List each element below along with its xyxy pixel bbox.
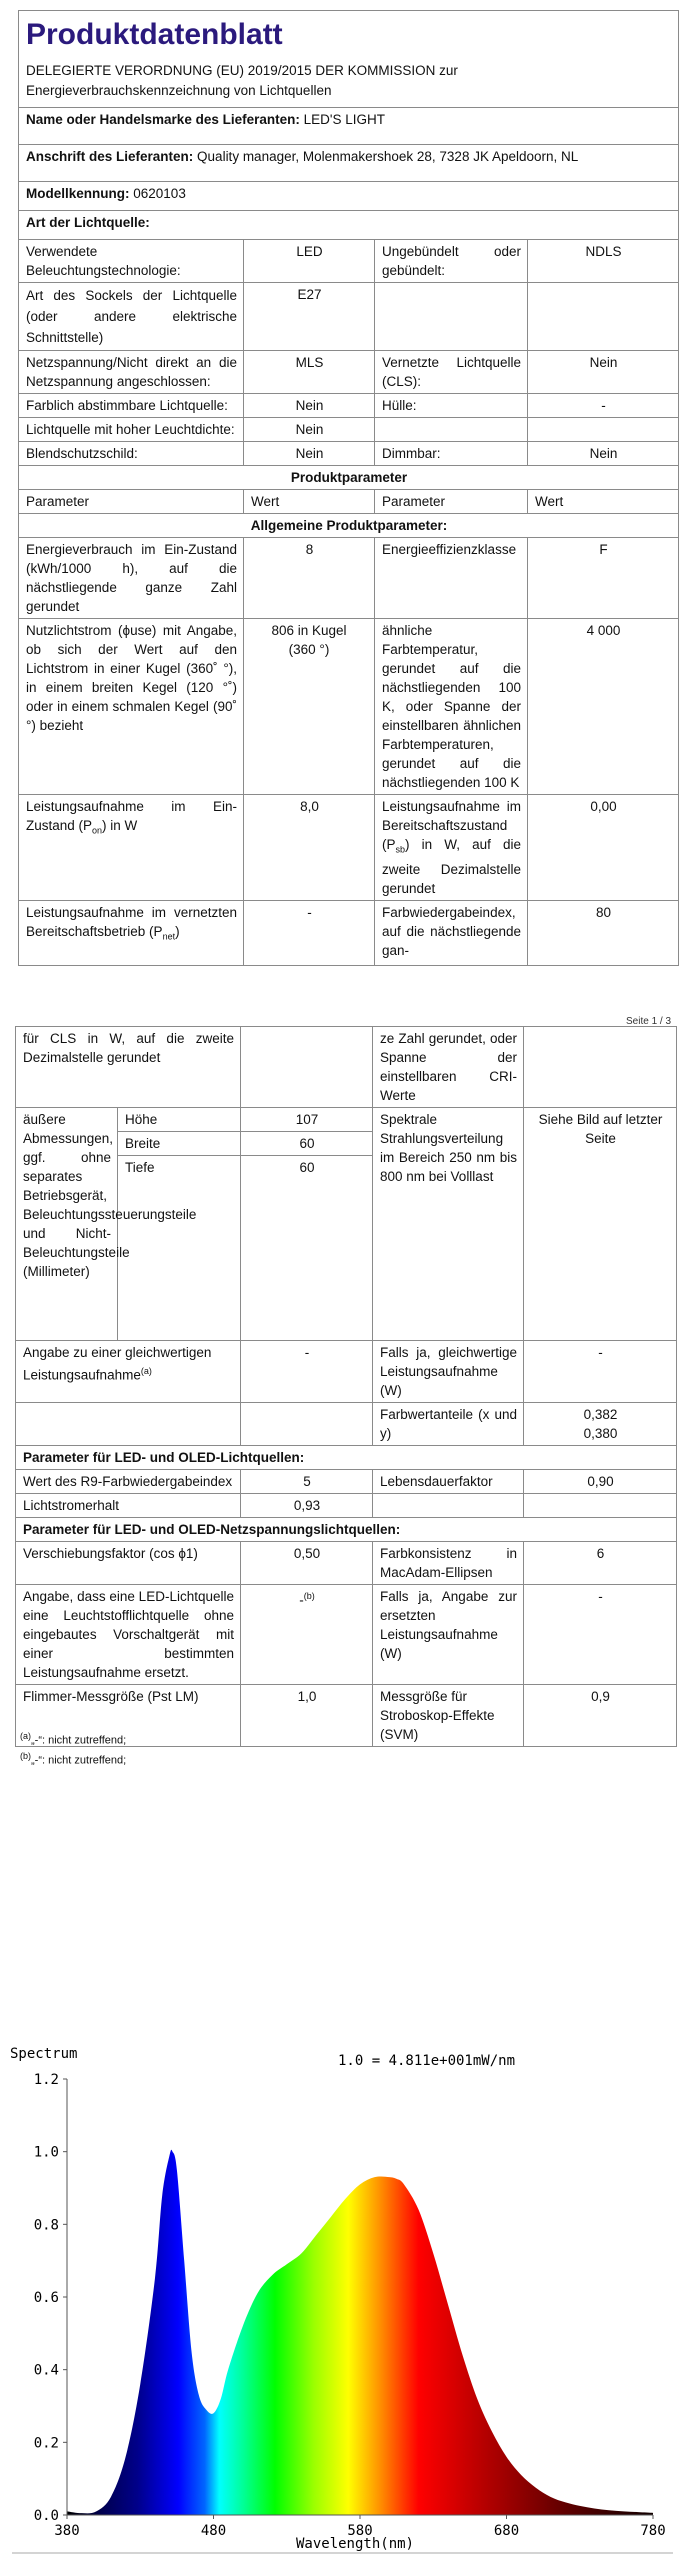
param-label: Messgröße für Stroboskop-Effekte (SVM)	[373, 1685, 524, 1747]
param-value	[524, 1494, 677, 1518]
param-value: 8,0	[244, 795, 375, 901]
light-type-row: Verwendete Beleuchtungstechnologie: LED …	[19, 240, 679, 283]
dimension-value-depth: 60	[241, 1156, 373, 1341]
footnote-ref: (b)	[304, 1591, 315, 1601]
y-tick-label: 0.0	[34, 2508, 59, 2524]
param-label: Leistungsaufnahme im Bereitschaftszustan…	[375, 795, 528, 901]
footnote-text: „-“: nicht zutreffend;	[31, 1755, 126, 1767]
param-value: 0,90	[524, 1470, 677, 1494]
param-label: Farblich abstimmbare Lichtquelle:	[19, 394, 244, 418]
param-value: -	[241, 1341, 373, 1403]
param-label: Blendschutzschild:	[19, 442, 244, 466]
param-label: Energieverbrauch im Ein-Zustand (kWh/100…	[19, 538, 244, 619]
mains-param-row: Angabe, dass eine LED-Lichtquelle eine L…	[16, 1585, 677, 1685]
param-label: Wert des R9-Farbwiedergabeindex	[16, 1470, 241, 1494]
param-label: Leistungsaufnahme im Ein-Zustand (Pon) i…	[19, 795, 244, 901]
product-params-heading: Produktparameter	[19, 466, 679, 490]
page-title: Produktdatenblatt	[26, 15, 671, 55]
param-label: Lichtstromerhalt	[16, 1494, 241, 1518]
param-label-text: Angabe zu einer gleichwertigen Leistungs…	[23, 1345, 211, 1383]
param-value: 0,00	[528, 795, 679, 901]
dimension-value-height: 107	[241, 1108, 373, 1132]
param-value: -(b)	[241, 1585, 373, 1685]
param-label	[375, 418, 528, 442]
supplier-name-label: Name oder Handelsmarke des Lieferanten:	[26, 112, 300, 127]
param-label	[375, 283, 528, 351]
header-cell: Produktdatenblatt DELEGIERTE VERORDNUNG …	[19, 11, 679, 108]
param-value: E27	[244, 283, 375, 351]
param-value: Siehe Bild auf letzter Seite	[524, 1108, 677, 1341]
param-value: Nein	[528, 442, 679, 466]
x-tick-label: 780	[640, 2523, 665, 2539]
model-value: 0620103	[133, 186, 186, 201]
supplier-address-label: Anschrift des Lieferanten:	[26, 149, 193, 164]
param-label-text: ) in W	[102, 818, 137, 833]
general-param-row: Leistungsaufnahme im Ein-Zustand (Pon) i…	[19, 795, 679, 901]
param-value: 806 in Kugel (360 °)	[244, 619, 375, 795]
param-value: 0,9	[524, 1685, 677, 1747]
param-value: Nein	[244, 394, 375, 418]
spectrum-area	[67, 2150, 653, 2515]
general-param-row: Leistungsaufnahme im vernetzten Bereitsc…	[19, 900, 679, 965]
continued-row: für CLS in W, auf die zweite Dezimalstel…	[16, 1027, 677, 1108]
light-type-row: Lichtquelle mit hoher Leuchtdichte: Nein	[19, 418, 679, 442]
regulation-line-2: Energieverbrauchskennzeichnung von Licht…	[26, 81, 671, 101]
light-type-row: Farblich abstimmbare Lichtquelle: Nein H…	[19, 394, 679, 418]
chromaticity-y: 0,380	[531, 1424, 670, 1443]
param-value: 5	[241, 1470, 373, 1494]
x-tick-label: 680	[494, 2523, 519, 2539]
param-value: Nein	[528, 351, 679, 394]
footnote-a: (a)„-“: nicht zutreffend;	[20, 1728, 126, 1750]
regulation-line-1: DELEGIERTE VERORDNUNG (EU) 2019/2015 DER…	[26, 61, 671, 81]
y-tick-label: 0.6	[34, 2290, 59, 2306]
mains-param-row: Verschiebungsfaktor (cos ϕ1) 0,50 Farbko…	[16, 1542, 677, 1585]
dimensions-row: äußere Abmessungen, ggf. ohne separates …	[16, 1108, 677, 1132]
param-value: Nein	[244, 418, 375, 442]
param-label: für CLS in W, auf die zweite Dezimalstel…	[16, 1027, 241, 1108]
param-label: ze Zahl gerundet, oder Spanne der einste…	[373, 1027, 524, 1108]
y-tick-label: 0.2	[34, 2435, 59, 2451]
dimension-name-height: Höhe	[118, 1108, 241, 1132]
light-type-row: Netzspannung/Nicht direkt an die Netzspa…	[19, 351, 679, 394]
dimension-name-depth: Tiefe	[118, 1156, 241, 1341]
param-label: Falls ja, gleichwertige Leistungsaufnahm…	[373, 1341, 524, 1403]
col-header-parameter: Parameter	[19, 490, 244, 514]
param-label	[16, 1403, 241, 1446]
footnote-b: (b)„-“: nicht zutreffend;	[20, 1748, 126, 1770]
dimension-value-width: 60	[241, 1132, 373, 1156]
param-value	[524, 1027, 677, 1108]
param-label: Lebensdauerfaktor	[373, 1470, 524, 1494]
footnote-mark: (a)	[20, 1731, 31, 1741]
column-header-row: Parameter Wert Parameter Wert	[19, 490, 679, 514]
dimensions-label: äußere Abmessungen, ggf. ohne separates …	[16, 1108, 118, 1341]
chromaticity-row: Farbwertanteile (x und y) 0,382 0,380	[16, 1403, 677, 1446]
light-type-row: Blendschutzschild: Nein Dimmbar: Nein	[19, 442, 679, 466]
col-header-value: Wert	[528, 490, 679, 514]
param-label: Art des Sockels der Lichtquelle (oder an…	[19, 283, 244, 351]
param-label	[373, 1494, 524, 1518]
param-label: Lichtquelle mit hoher Leuchtdichte:	[19, 418, 244, 442]
param-label: Vernetzte Lichtquelle (CLS):	[375, 351, 528, 394]
y-tick-label: 1.0	[34, 2145, 59, 2161]
param-value: 0,50	[241, 1542, 373, 1585]
light-source-type-heading: Art der Lichtquelle:	[19, 211, 679, 240]
param-label: Leistungsaufnahme im vernetzten Bereitsc…	[19, 900, 244, 965]
param-value: 0,382 0,380	[524, 1403, 677, 1446]
x-tick-label: 380	[54, 2523, 79, 2539]
equiv-power-row: Angabe zu einer gleichwertigen Leistungs…	[16, 1341, 677, 1403]
param-value	[528, 418, 679, 442]
product-sheet-table-page1: Produktdatenblatt DELEGIERTE VERORDNUNG …	[18, 10, 679, 966]
y-tick-label: 1.2	[34, 2072, 59, 2088]
chart-annotation: 1.0 = 4.811e+001mW/nm	[338, 2053, 515, 2069]
param-label: Verwendete Beleuchtungstechnologie:	[19, 240, 244, 283]
y-tick-label: 0.8	[34, 2217, 59, 2233]
param-value: -	[244, 900, 375, 965]
footnote-ref: (a)	[141, 1366, 152, 1376]
param-value: 8	[244, 538, 375, 619]
param-value	[241, 1027, 373, 1108]
spectrum-chart: 0.00.20.40.60.81.01.2380480580680780 Spe…	[0, 2040, 683, 2560]
param-value: Nein	[244, 442, 375, 466]
param-label-text: Leistungsaufnahme im vernetzten Bereitsc…	[26, 905, 237, 939]
chromaticity-x: 0,382	[531, 1405, 670, 1424]
param-value: -	[524, 1585, 677, 1685]
supplier-name-row: Name oder Handelsmarke des Lieferanten: …	[19, 108, 679, 145]
param-label: Verschiebungsfaktor (cos ϕ1)	[16, 1542, 241, 1585]
param-label: Dimmbar:	[375, 442, 528, 466]
col-header-parameter: Parameter	[375, 490, 528, 514]
param-label: Hülle:	[375, 394, 528, 418]
footnote-mark: (b)	[20, 1751, 31, 1761]
general-param-row: Nutzlichtstrom (ϕuse) mit Angabe, ob sic…	[19, 619, 679, 795]
param-label: Ungebündelt oder gebündelt:	[375, 240, 528, 283]
model-row: Modellkennung: 0620103	[19, 182, 679, 211]
footnote-text: „-“: nicht zutreffend;	[31, 1735, 126, 1747]
col-header-value: Wert	[244, 490, 375, 514]
param-label: Farbkonsistenz in MacAdam-Ellipsen	[373, 1542, 524, 1585]
x-axis-label: Wavelength(nm)	[296, 2536, 414, 2552]
param-label-subscript: on	[92, 826, 102, 836]
general-params-heading: Allgemeine Produktparameter:	[19, 514, 679, 538]
dimension-name-width: Breite	[118, 1132, 241, 1156]
light-type-row: Art des Sockels der Lichtquelle (oder an…	[19, 283, 679, 351]
general-param-row: Energieverbrauch im Ein-Zustand (kWh/100…	[19, 538, 679, 619]
product-sheet-table-page2: für CLS in W, auf die zweite Dezimalstel…	[15, 1026, 677, 1747]
param-label: Netzspannung/Nicht direkt an die Netzspa…	[19, 351, 244, 394]
param-label: Angabe zu einer gleichwertigen Leistungs…	[16, 1341, 241, 1403]
param-label: Falls ja, Angabe zur ersetzten Leistungs…	[373, 1585, 524, 1685]
param-label: ähnliche Farbtemperatur, gerundet auf di…	[375, 619, 528, 795]
page-1: Produktdatenblatt DELEGIERTE VERORDNUNG …	[0, 0, 683, 1000]
param-label-text: )	[175, 924, 180, 939]
param-value	[528, 283, 679, 351]
chart-plot-area: 0.00.20.40.60.81.01.2380480580680780	[34, 2072, 666, 2539]
param-value: F	[528, 538, 679, 619]
led-param-row: Wert des R9-Farbwiedergabeindex 5 Lebens…	[16, 1470, 677, 1494]
param-value: 4 000	[528, 619, 679, 795]
param-value: -	[528, 394, 679, 418]
param-label: Spektrale Strahlungsverteilung im Bereic…	[373, 1108, 524, 1341]
param-value: 1,0	[241, 1685, 373, 1747]
led-param-row: Lichtstromerhalt 0,93	[16, 1494, 677, 1518]
page-2: für CLS in W, auf die zweite Dezimalstel…	[0, 1026, 683, 2026]
param-label: Farbwertanteile (x und y)	[373, 1403, 524, 1446]
param-label: Farbwiedergabeindex, auf die nächstliege…	[375, 900, 528, 965]
param-value: 6	[524, 1542, 677, 1585]
param-value: 0,93	[241, 1494, 373, 1518]
param-label: Angabe, dass eine LED-Lichtquelle eine L…	[16, 1585, 241, 1685]
param-label: Energieeffizienzklasse	[375, 538, 528, 619]
model-label: Modellkennung:	[26, 186, 130, 201]
param-value: 80	[528, 900, 679, 965]
y-tick-label: 0.4	[34, 2363, 59, 2379]
supplier-address-row: Anschrift des Lieferanten: Quality manag…	[19, 145, 679, 182]
param-value	[241, 1403, 373, 1446]
led-params-heading: Parameter für LED- und OLED-Lichtquellen…	[16, 1446, 677, 1470]
param-value: NDLS	[528, 240, 679, 283]
mains-params-heading: Parameter für LED- und OLED-Netzspannung…	[16, 1518, 677, 1542]
param-label: Nutzlichtstrom (ϕuse) mit Angabe, ob sic…	[19, 619, 244, 795]
x-tick-label: 480	[201, 2523, 226, 2539]
param-label-subscript: net	[163, 931, 176, 941]
chart-title: Spectrum	[10, 2046, 77, 2062]
param-value: MLS	[244, 351, 375, 394]
supplier-address-value: Quality manager, Molenmakershoek 28, 732…	[197, 149, 578, 164]
param-value: LED	[244, 240, 375, 283]
param-value: -	[524, 1341, 677, 1403]
param-label-subscript: sb	[396, 845, 406, 855]
supplier-name-value: LED'S LIGHT	[304, 112, 385, 127]
